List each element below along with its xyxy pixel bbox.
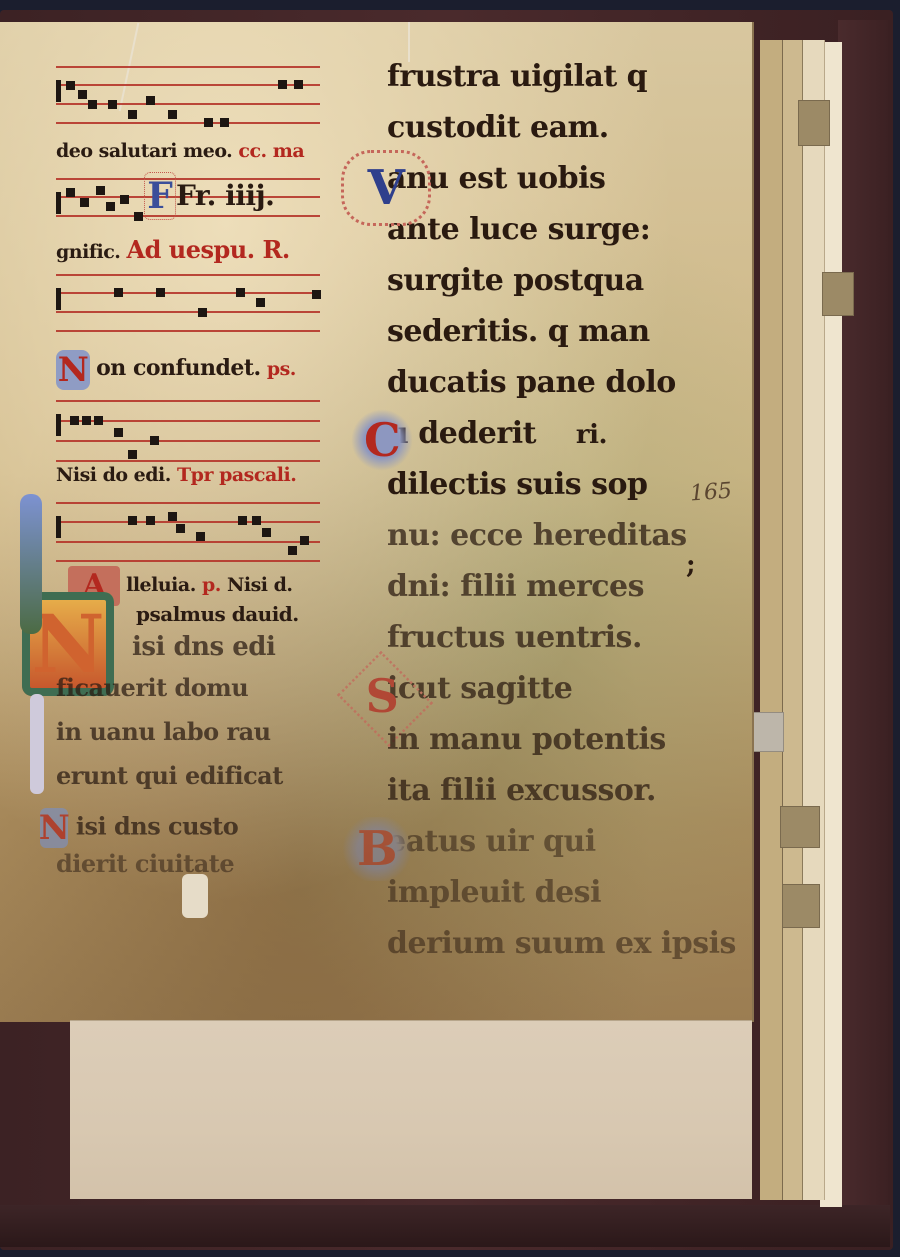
- border-ornament-stem: [30, 694, 44, 794]
- marginal-response-mark: ri.: [576, 420, 607, 450]
- chant-text-line: custodit eam.: [387, 113, 665, 164]
- paper-repair-strip: [70, 1020, 752, 1199]
- page-tab[interactable]: [822, 272, 854, 316]
- left-column: deo salutari meo. cc. ma F Fr. iiij. gni…: [40, 60, 325, 896]
- chant-text-line: deo salutari meo. cc. ma: [56, 142, 325, 172]
- right-column: frustra uigilat q custodit eam. V anu es…: [345, 62, 665, 980]
- decorated-initial: C: [351, 409, 413, 471]
- chant-text-line: sederitis. q man: [387, 317, 665, 368]
- decorated-initial: N: [40, 808, 68, 848]
- chant-text-line: C u dederit ri.: [387, 419, 665, 470]
- chant-text-line: N on confundet. ps.: [56, 350, 325, 394]
- clef-icon: [56, 80, 61, 102]
- decorated-initial: F: [144, 172, 176, 220]
- decorated-initial: B: [341, 817, 413, 881]
- chant-text-line: nu: ecce hereditas: [387, 521, 665, 572]
- chant-text-line: fructus uentris.: [387, 623, 665, 674]
- binding-board-edge: [838, 20, 888, 1220]
- decorated-initial: N: [56, 350, 90, 390]
- chant-text-line: B eatus uir qui: [387, 827, 665, 878]
- chant-text-line: in manu potentis: [387, 725, 665, 776]
- music-staff: [56, 274, 320, 346]
- music-staff: [56, 400, 320, 462]
- chant-text-line: V anu est uobis: [387, 164, 665, 215]
- page-edge-stack: [800, 40, 825, 1200]
- chant-text-line: ficauerit domu: [56, 676, 325, 720]
- chant-text-line: N isi dns custo: [56, 808, 325, 852]
- page-edge-stack-inner: [760, 40, 783, 1200]
- page-tab[interactable]: [782, 884, 820, 928]
- rubric-line: psalmus dauid.: [136, 604, 325, 634]
- chant-text-line: isi dns edi: [132, 634, 325, 676]
- chant-text-line: dilectis suis sop: [387, 470, 665, 521]
- chant-text-line: S icut sagitte: [387, 674, 665, 725]
- chant-text-line: ante luce surge:: [387, 215, 665, 266]
- decorated-initial: V: [341, 150, 431, 226]
- rubric-heading: Fr. iiij.: [176, 182, 274, 212]
- initial-letter: S: [357, 668, 407, 724]
- binding-lower-edge: [0, 1205, 890, 1247]
- folio-number: 165: [689, 479, 733, 507]
- clef-icon: [56, 192, 61, 214]
- foliate-border-ornament: [20, 494, 42, 634]
- chant-text-line: derium suum ex ipsis: [387, 929, 665, 980]
- marginal-mark: ;: [686, 550, 696, 580]
- chant-text-line: impleuit desi: [387, 878, 665, 929]
- music-staff: [56, 502, 320, 562]
- chant-text-line: in uanu labo rau: [56, 720, 325, 764]
- psalm-block: N isi dns edi ficauerit domu in uanu lab…: [40, 634, 325, 896]
- page-tab[interactable]: [798, 100, 830, 146]
- chant-text-line: Nisi do edi. Tpr pascali.: [56, 466, 325, 496]
- clef-icon: [56, 288, 61, 310]
- clef-icon: [56, 414, 61, 436]
- chant-text-line: surgite postqua: [387, 266, 665, 317]
- chant-text-line: gnific. Ad uespu. R.: [56, 238, 325, 268]
- music-staff: [56, 66, 320, 138]
- chant-text-line: ita filii excussor.: [387, 776, 665, 827]
- page-edge-stack: [780, 40, 803, 1200]
- chant-text-line: frustra uigilat q: [387, 62, 665, 113]
- chant-text-line: erunt qui edificat: [56, 764, 325, 808]
- music-staff: F Fr. iiij.: [56, 178, 320, 234]
- chant-text-line: dni: filii merces: [387, 572, 665, 623]
- parchment-crack: [408, 22, 410, 62]
- chant-text-line: ducatis pane dolo: [387, 368, 665, 419]
- clef-icon: [56, 516, 61, 538]
- chant-text-line: dierit ciuitate: [56, 852, 325, 896]
- page-tab[interactable]: [780, 806, 820, 848]
